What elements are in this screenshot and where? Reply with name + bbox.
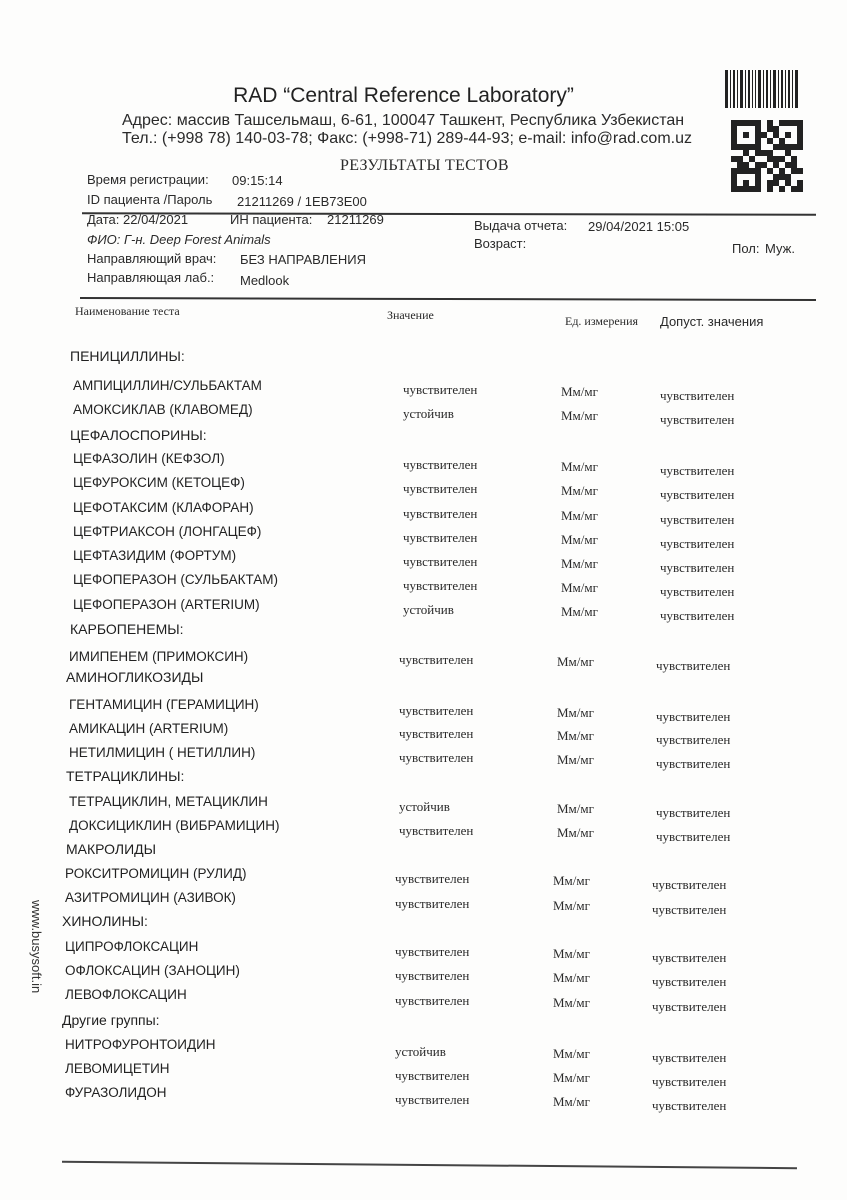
test-unit: Мм/мг: [557, 728, 594, 744]
test-value: чувствителен: [395, 1068, 469, 1084]
group-header: ЦЕФАЛОСПОРИНЫ:: [70, 427, 207, 443]
test-name: АМОКСИКЛАВ (КЛАВОМЕД): [73, 402, 253, 417]
test-reference: чувствителен: [656, 805, 730, 821]
column-header-reference: Допуст. значения: [660, 314, 763, 329]
patient-id-value: 21211269 / 1EB73E00: [237, 194, 367, 209]
side-watermark: www.busysoft.in: [29, 900, 44, 993]
referring-lab-value: Medlook: [240, 273, 289, 288]
test-value: устойчив: [403, 406, 454, 422]
test-name: ЦЕФОПЕРАЗОН (ARTERIUM): [73, 597, 260, 612]
test-name: ЛЕВОМИЦЕТИН: [65, 1061, 170, 1076]
test-unit: Мм/мг: [553, 1070, 590, 1086]
test-unit: Мм/мг: [557, 705, 594, 721]
test-name: АЗИТРОМИЦИН (АЗИВОК): [65, 890, 236, 905]
test-unit: Мм/мг: [553, 1046, 590, 1062]
patient-in-label: ИН пациента:: [230, 212, 312, 227]
test-value: чувствителен: [403, 382, 477, 398]
test-unit: Мм/мг: [553, 946, 590, 962]
test-name: ЦИПРОФЛОКСАЦИН: [65, 939, 198, 954]
header-divider: [82, 212, 816, 215]
test-value: чувствителен: [403, 506, 477, 522]
test-unit: Мм/мг: [561, 604, 598, 620]
patient-in-value: 21211269: [327, 212, 384, 227]
test-value: чувствителен: [395, 896, 469, 912]
column-header-test: Наименование теста: [75, 304, 180, 319]
test-reference: чувствителен: [656, 756, 730, 772]
group-header: КАРБОПЕНЕМЫ:: [70, 621, 184, 637]
test-unit: Мм/мг: [557, 801, 594, 817]
test-unit: Мм/мг: [561, 459, 598, 475]
test-value: чувствителен: [399, 823, 473, 839]
column-header-value: Значение: [387, 308, 434, 323]
test-name: ИМИПЕНЕМ (ПРИМОКСИН): [69, 649, 248, 664]
group-header: ПЕНИЦИЛЛИНЫ:: [70, 348, 185, 364]
test-unit: Мм/мг: [561, 508, 598, 524]
registration-time-value: 09:15:14: [232, 173, 283, 188]
footer-divider: [62, 1161, 797, 1169]
test-unit: Мм/мг: [561, 408, 598, 424]
patient-name: ФИО: Г-н. Deep Forest Animals: [87, 232, 271, 247]
registration-time-label: Время регистрации:: [87, 172, 209, 187]
test-reference: чувствителен: [652, 1098, 726, 1114]
test-value: чувствителен: [395, 944, 469, 960]
test-reference: чувствителен: [652, 1074, 726, 1090]
test-name: НЕТИЛМИЦИН ( НЕТИЛЛИН): [69, 745, 255, 760]
test-unit: Мм/мг: [561, 532, 598, 548]
test-reference: чувствителен: [652, 877, 726, 893]
test-name: ДОКСИЦИКЛИН (ВИБРАМИЦИН): [69, 818, 279, 833]
test-name: ОФЛОКСАЦИН (ЗАНОЦИН): [65, 963, 240, 978]
test-name: ТЕТРАЦИКЛИН, МЕТАЦИКЛИН: [69, 794, 268, 809]
test-value: чувствителен: [403, 578, 477, 594]
referring-doctor-value: БЕЗ НАПРАВЛЕНИЯ: [240, 252, 366, 267]
test-name: ЛЕВОФЛОКСАЦИН: [65, 987, 187, 1002]
test-value: чувствителен: [395, 993, 469, 1009]
test-reference: чувствителен: [660, 412, 734, 428]
barcode-icon: [725, 70, 807, 108]
group-header: ХИНОЛИНЫ:: [62, 913, 148, 929]
test-unit: Мм/мг: [553, 995, 590, 1011]
test-unit: Мм/мг: [557, 752, 594, 768]
group-header: МАКРОЛИДЫ: [66, 841, 156, 857]
test-reference: чувствителен: [652, 999, 726, 1015]
test-name: ЦЕФОТАКСИМ (КЛАФОРАН): [73, 500, 254, 515]
lab-contacts: Тел.: (+998 78) 140-03-78; Факс: (+998-7…: [122, 130, 692, 148]
age-label: Возраст:: [474, 236, 526, 251]
referring-doctor-label: Направляющий врач:: [87, 251, 216, 266]
document-title: РЕЗУЛЬТАТЫ ТЕСТОВ: [340, 157, 509, 175]
test-value: чувствителен: [395, 968, 469, 984]
table-header-divider: [80, 297, 816, 301]
test-unit: Мм/мг: [553, 1094, 590, 1110]
group-header: Другие группы:: [62, 1012, 160, 1028]
group-header: ТЕТРАЦИКЛИНЫ:: [66, 768, 184, 784]
test-name: ЦЕФАЗОЛИН (КЕФЗОЛ): [73, 451, 225, 466]
test-reference: чувствителен: [652, 974, 726, 990]
test-unit: Мм/мг: [561, 580, 598, 596]
test-reference: чувствителен: [660, 512, 734, 528]
test-unit: Мм/мг: [561, 483, 598, 499]
test-value: чувствителен: [399, 726, 473, 742]
lab-address-block: Адрес: массив Ташсельмаш, 6-61, 100047 Т…: [122, 112, 692, 148]
test-unit: Мм/мг: [561, 384, 598, 400]
test-name: ЦЕФТАЗИДИМ (ФОРТУМ): [73, 548, 236, 563]
report-issue-label: Выдача отчета:: [474, 218, 567, 233]
test-name: ЦЕФУРОКСИМ (КЕТОЦЕФ): [73, 475, 245, 490]
test-name: ЦЕФОПЕРАЗОН (СУЛЬБАКТАМ): [73, 572, 278, 587]
report-issue-value: 29/04/2021 15:05: [588, 219, 689, 234]
test-reference: чувствителен: [652, 1050, 726, 1066]
sex-value: Муж.: [765, 241, 795, 256]
test-value: чувствителен: [403, 481, 477, 497]
test-name: ФУРАЗОЛИДОН: [65, 1085, 167, 1100]
lab-name: RAD “Central Reference Laboratory”: [0, 84, 847, 108]
test-reference: чувствителен: [660, 560, 734, 576]
test-unit: Мм/мг: [561, 556, 598, 572]
date-label: Дата: 22/04/2021: [87, 212, 188, 227]
sex-label: Пол:: [732, 241, 760, 256]
test-unit: Мм/мг: [553, 970, 590, 986]
qr-code-icon: [731, 120, 803, 192]
test-reference: чувствителен: [660, 487, 734, 503]
test-value: чувствителен: [399, 750, 473, 766]
test-value: чувствителен: [399, 703, 473, 719]
test-value: устойчив: [403, 602, 454, 618]
test-name: НИТРОФУРОНТОИДИН: [65, 1037, 216, 1052]
test-unit: Мм/мг: [557, 825, 594, 841]
test-name: АМИКАЦИН (ARTERIUM): [69, 721, 228, 736]
test-value: устойчив: [395, 1044, 446, 1060]
group-header: АМИНОГЛИКОЗИДЫ: [66, 669, 203, 685]
test-reference: чувствителен: [652, 950, 726, 966]
test-value: чувствителен: [395, 871, 469, 887]
test-value: чувствителен: [399, 652, 473, 668]
test-name: ГЕНТАМИЦИН (ГЕРАМИЦИН): [69, 697, 259, 712]
test-unit: Мм/мг: [557, 654, 594, 670]
test-value: устойчив: [399, 799, 450, 815]
test-reference: чувствителен: [652, 902, 726, 918]
referring-lab-label: Направляющая лаб.:: [87, 270, 214, 285]
test-value: чувствителен: [403, 530, 477, 546]
test-reference: чувствителен: [660, 584, 734, 600]
lab-address: Адрес: массив Ташсельмаш, 6-61, 100047 Т…: [122, 112, 692, 130]
test-name: ЦЕФТРИАКСОН (ЛОНГАЦЕФ): [73, 524, 261, 539]
test-value: чувствителен: [403, 457, 477, 473]
test-reference: чувствителен: [656, 658, 730, 674]
test-name: РОКСИТРОМИЦИН (РУЛИД): [65, 866, 247, 881]
test-reference: чувствителен: [660, 463, 734, 479]
test-value: чувствителен: [403, 554, 477, 570]
test-reference: чувствителен: [656, 732, 730, 748]
test-reference: чувствителен: [656, 709, 730, 725]
test-value: чувствителен: [395, 1092, 469, 1108]
patient-id-label: ID пациента /Пароль: [87, 192, 212, 207]
test-name: АМПИЦИЛЛИН/СУЛЬБАКТАМ: [73, 378, 262, 393]
test-unit: Мм/мг: [553, 873, 590, 889]
test-reference: чувствителен: [660, 536, 734, 552]
codes-block: [725, 70, 807, 192]
test-unit: Мм/мг: [553, 898, 590, 914]
column-header-unit: Ед. измерения: [565, 314, 638, 329]
test-reference: чувствителен: [656, 829, 730, 845]
test-reference: чувствителен: [660, 388, 734, 404]
test-reference: чувствителен: [660, 608, 734, 624]
